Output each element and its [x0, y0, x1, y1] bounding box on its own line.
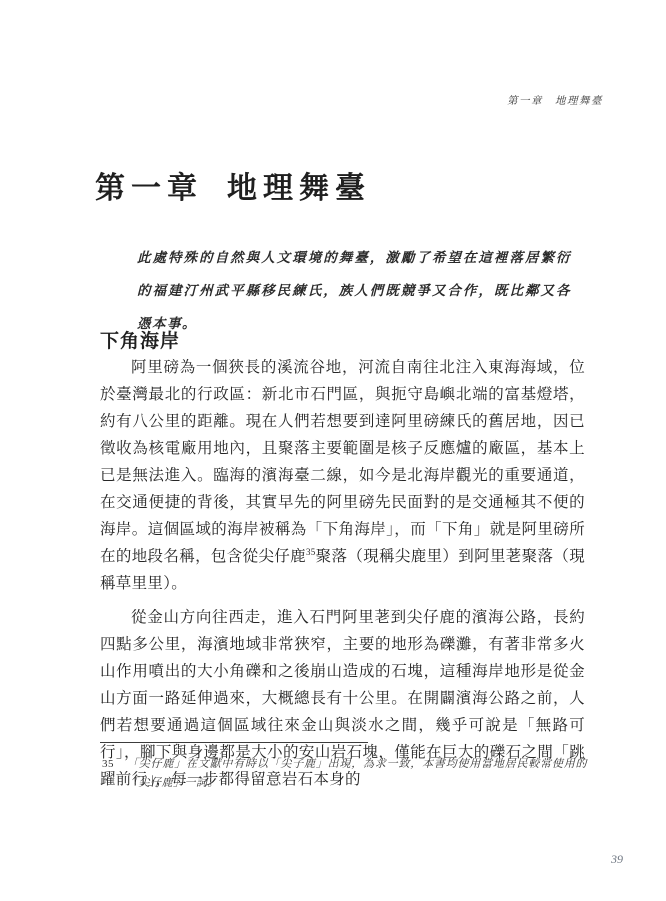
chapter-title: 第一章地理舞臺 [95, 163, 371, 207]
section-heading: 下角海岸 [100, 326, 180, 353]
book-page: 第一章 地理舞臺 第一章地理舞臺 此處特殊的自然與人文環境的舞臺，激勵了希望在這… [0, 0, 666, 901]
chapter-title-text: 地理舞臺 [227, 172, 371, 205]
body-text: 阿里磅為一個狹長的溪流谷地，河流自南往北注入東海海域，位於臺灣最北的行政區：新北… [100, 354, 585, 793]
epigraph-text: 此處特殊的自然與人文環境的舞臺，激勵了希望在這裡落居繁衍的福建汀州武平縣移民練氏… [137, 241, 571, 340]
paragraph-1-before-ref: 阿里磅為一個狹長的溪流谷地，河流自南往北注入東海海域，位於臺灣最北的行政區：新北… [100, 359, 585, 565]
footnote-block: 35 「尖仔鹿」在文獻中有時以「尖子鹿」出現，為求一致，本書均使用當地居民較常使… [100, 742, 587, 793]
body-paragraph-1: 阿里磅為一個狹長的溪流谷地，河流自南往北注入東海海域，位於臺灣最北的行政區：新北… [100, 354, 585, 597]
footnote-text: 「尖仔鹿」在文獻中有時以「尖子鹿」出現，為求一致，本書均使用當地居民較常使用的「… [127, 758, 587, 789]
footnote-reference-sup: 35 [306, 547, 316, 557]
chapter-number: 第一章 [95, 172, 203, 205]
footnote-separator [100, 742, 368, 743]
running-header: 第一章 地理舞臺 [507, 93, 603, 108]
page-number: 39 [611, 852, 623, 867]
footnote: 35 「尖仔鹿」在文獻中有時以「尖子鹿」出現，為求一致，本書均使用當地居民較常使… [100, 755, 587, 793]
footnote-number: 35 [102, 755, 114, 774]
